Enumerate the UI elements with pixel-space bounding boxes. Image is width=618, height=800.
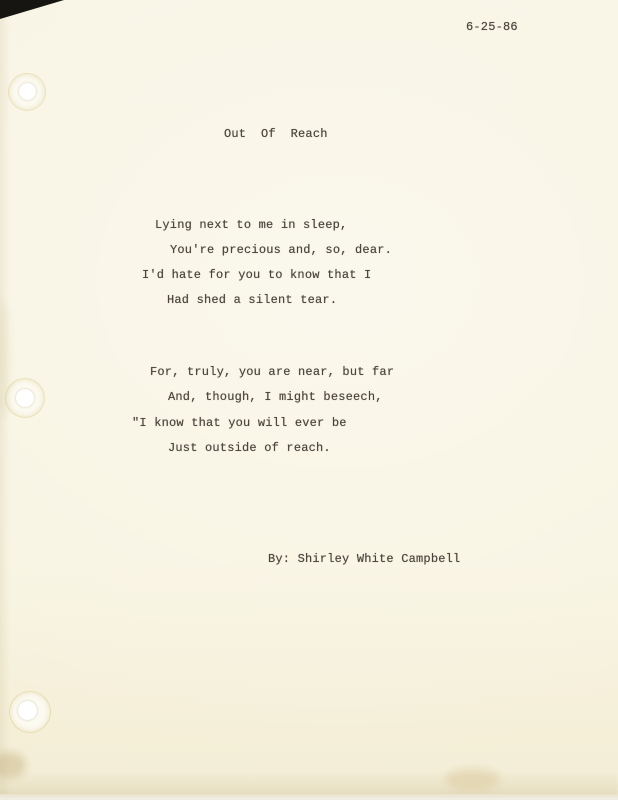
bottom-edge-aging <box>0 770 618 796</box>
punch-hole-middle <box>6 379 44 417</box>
punch-hole-opening <box>19 83 36 100</box>
poem-line: For, truly, you are near, but far <box>150 365 394 379</box>
author-byline: By: Shirley White Campbell <box>268 552 460 566</box>
poem-line: "I know that you will ever be <box>132 416 347 430</box>
date-stamp: 6-25-86 <box>466 20 518 34</box>
poem-line: And, though, I might beseech, <box>168 390 383 404</box>
poem-line: Had shed a silent tear. <box>167 293 337 307</box>
paper-stain <box>445 768 500 790</box>
punch-hole-opening <box>16 389 34 407</box>
poem-line: I'd hate for you to know that I <box>142 268 371 282</box>
punch-hole-top <box>9 74 45 110</box>
poem-line: Lying next to me in sleep, <box>155 218 347 232</box>
punch-hole-opening <box>18 701 37 720</box>
typewritten-poem-page: 6-25-86 Out Of Reach Lying next to me in… <box>0 0 618 800</box>
poem-line: Just outside of reach. <box>168 441 331 455</box>
punch-hole-bottom <box>10 692 50 732</box>
dark-corner-clip <box>0 0 70 24</box>
poem-title: Out Of Reach <box>224 127 328 141</box>
paper-bottom-edge <box>0 794 618 800</box>
poem-line: You're precious and, so, dear. <box>170 243 392 257</box>
